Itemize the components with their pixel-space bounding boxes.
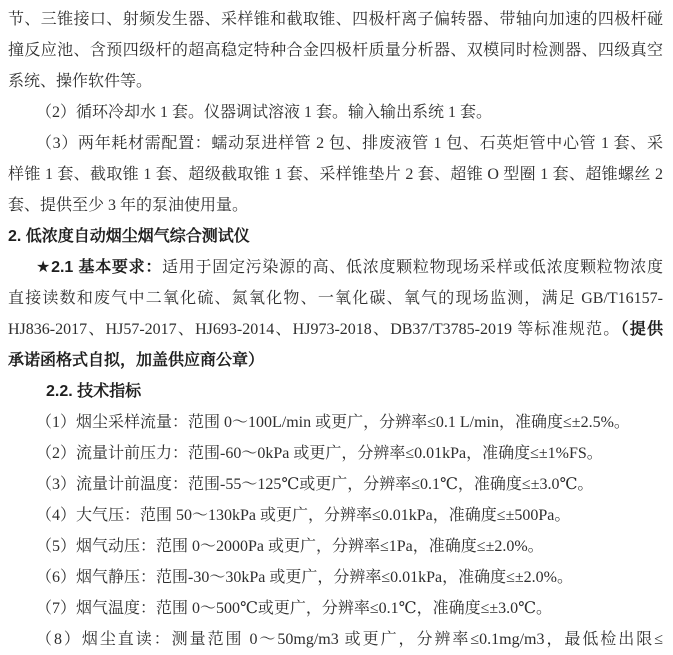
text-segment: 节、三锥接口、射频发生器、采样锥和截取锥、四极杆离子偏转器、带轴向加速的四极杆碰 xyxy=(8,11,663,28)
paragraph-line: 系统、操作软件等。 xyxy=(8,66,663,97)
paragraph-line: （2）流量计前压力：范围-60～0kPa 或更广，分辨率≤0.01kPa，准确度… xyxy=(8,438,663,469)
paragraph-line: 节、三锥接口、射频发生器、采样锥和截取锥、四极杆离子偏转器、带轴向加速的四极杆碰 xyxy=(8,4,663,35)
paragraph-line: （4）大气压：范围 50～130kPa 或更广，分辨率≤0.01kPa，准确度≤… xyxy=(8,500,663,531)
bold-text-segment: 承诺函格式自拟，加盖供应商公章） xyxy=(8,352,264,369)
bold-text-segment: 2.2. 技术指标 xyxy=(46,383,141,400)
paragraph-line: 承诺函格式自拟，加盖供应商公章） xyxy=(8,345,663,376)
text-segment: （4）大气压：范围 50～130kPa 或更广，分辨率≤0.01kPa，准确度≤… xyxy=(36,507,570,524)
paragraph-line: 套、提供至少 3 年的泵油使用量。 xyxy=(8,190,663,221)
text-segment: （3）流量计前温度：范围-55～125℃或更广，分辨率≤0.1℃，准确度≤±3.… xyxy=(36,476,593,493)
text-segment: HJ836-2017、HJ57-2017、HJ693-2014、HJ973-20… xyxy=(8,321,621,338)
bold-text-segment: ★2.1 基本要求： xyxy=(36,259,162,276)
paragraph-line: 2. 低浓度自动烟尘烟气综合测试仪 xyxy=(8,221,663,252)
paragraph-line: （2）循环冷却水 1 套。仪器调试溶液 1 套。输入输出系统 1 套。 xyxy=(8,97,663,128)
paragraph-line: HJ836-2017、HJ57-2017、HJ693-2014、HJ973-20… xyxy=(8,314,663,345)
text-segment: （5）烟气动压：范围 0～2000Pa 或更广，分辨率≤1Pa，准确度≤±2.0… xyxy=(36,538,544,555)
text-segment: 适用于固定污染源的高、低浓度颗粒物现场采样或低浓度颗粒物浓度 xyxy=(162,259,663,276)
text-segment: 直接读数和废气中二氧化硫、氮氧化物、一氧化碳、氧气的现场监测，满足 GB/T16… xyxy=(8,290,663,314)
paragraph-line: （5）烟气动压：范围 0～2000Pa 或更广，分辨率≤1Pa，准确度≤±2.0… xyxy=(8,531,663,562)
document-body: 节、三锥接口、射频发生器、采样锥和截取锥、四极杆离子偏转器、带轴向加速的四极杆碰… xyxy=(8,4,663,655)
text-segment: 样锥 1 套、截取锥 1 套、超级截取锥 1 套、采样锥垫片 2 套、超锥 O … xyxy=(8,166,663,183)
paragraph-line: （8）烟尘直读：测量范围 0～50mg/m3 或更广，分辨率≤0.1mg/m3，… xyxy=(8,624,663,655)
text-segment: （8）烟尘直读：测量范围 0～50mg/m3 或更广，分辨率≤0.1mg/m3，… xyxy=(36,631,663,648)
paragraph-line: （1）烟尘采样流量：范围 0～100L/min 或更广，分辨率≤0.1 L/mi… xyxy=(8,407,663,438)
paragraph-line: （7）烟气温度：范围 0～500℃或更广，分辨率≤0.1℃，准确度≤±3.0℃。 xyxy=(8,593,663,624)
text-segment: （3）两年耗材需配置：蠕动泵进样管 2 包、排废液管 1 包、石英炬管中心管 1… xyxy=(36,135,663,152)
text-segment: 系统、操作软件等。 xyxy=(8,73,152,90)
document-page: 节、三锥接口、射频发生器、采样锥和截取锥、四极杆离子偏转器、带轴向加速的四极杆碰… xyxy=(0,0,673,655)
text-segment: （2）流量计前压力：范围-60～0kPa 或更广，分辨率≤0.01kPa，准确度… xyxy=(36,445,603,462)
bold-text-segment: （提供 xyxy=(621,321,663,338)
paragraph-line: 2.2. 技术指标 xyxy=(8,376,663,407)
text-segment: （2）循环冷却水 1 套。仪器调试溶液 1 套。输入输出系统 1 套。 xyxy=(36,104,492,121)
bold-text-segment: 2. 低浓度自动烟尘烟气综合测试仪 xyxy=(8,228,250,245)
paragraph-line: ★2.1 基本要求：适用于固定污染源的高、低浓度颗粒物现场采样或低浓度颗粒物浓度 xyxy=(8,252,663,283)
paragraph-line: （3）两年耗材需配置：蠕动泵进样管 2 包、排废液管 1 包、石英炬管中心管 1… xyxy=(8,128,663,159)
paragraph-line: 样锥 1 套、截取锥 1 套、超级截取锥 1 套、采样锥垫片 2 套、超锥 O … xyxy=(8,159,663,190)
paragraph-line: 直接读数和废气中二氧化硫、氮氧化物、一氧化碳、氧气的现场监测，满足 GB/T16… xyxy=(8,283,663,314)
text-segment: （7）烟气温度：范围 0～500℃或更广，分辨率≤0.1℃，准确度≤±3.0℃。 xyxy=(36,600,552,617)
text-segment: 套、提供至少 3 年的泵油使用量。 xyxy=(8,197,248,214)
paragraph-line: 撞反应池、含预四级杆的超高稳定特种合金四极杆质量分析器、双模同时检测器、四级真空 xyxy=(8,35,663,66)
text-segment: （6）烟气静压：范围-30～30kPa 或更广，分辨率≤0.01kPa，准确度≤… xyxy=(36,569,573,586)
paragraph-line: （6）烟气静压：范围-30～30kPa 或更广，分辨率≤0.01kPa，准确度≤… xyxy=(8,562,663,593)
text-segment: （1）烟尘采样流量：范围 0～100L/min 或更广，分辨率≤0.1 L/mi… xyxy=(36,414,630,431)
paragraph-line: （3）流量计前温度：范围-55～125℃或更广，分辨率≤0.1℃，准确度≤±3.… xyxy=(8,469,663,500)
text-segment: 撞反应池、含预四级杆的超高稳定特种合金四极杆质量分析器、双模同时检测器、四级真空 xyxy=(8,42,663,59)
